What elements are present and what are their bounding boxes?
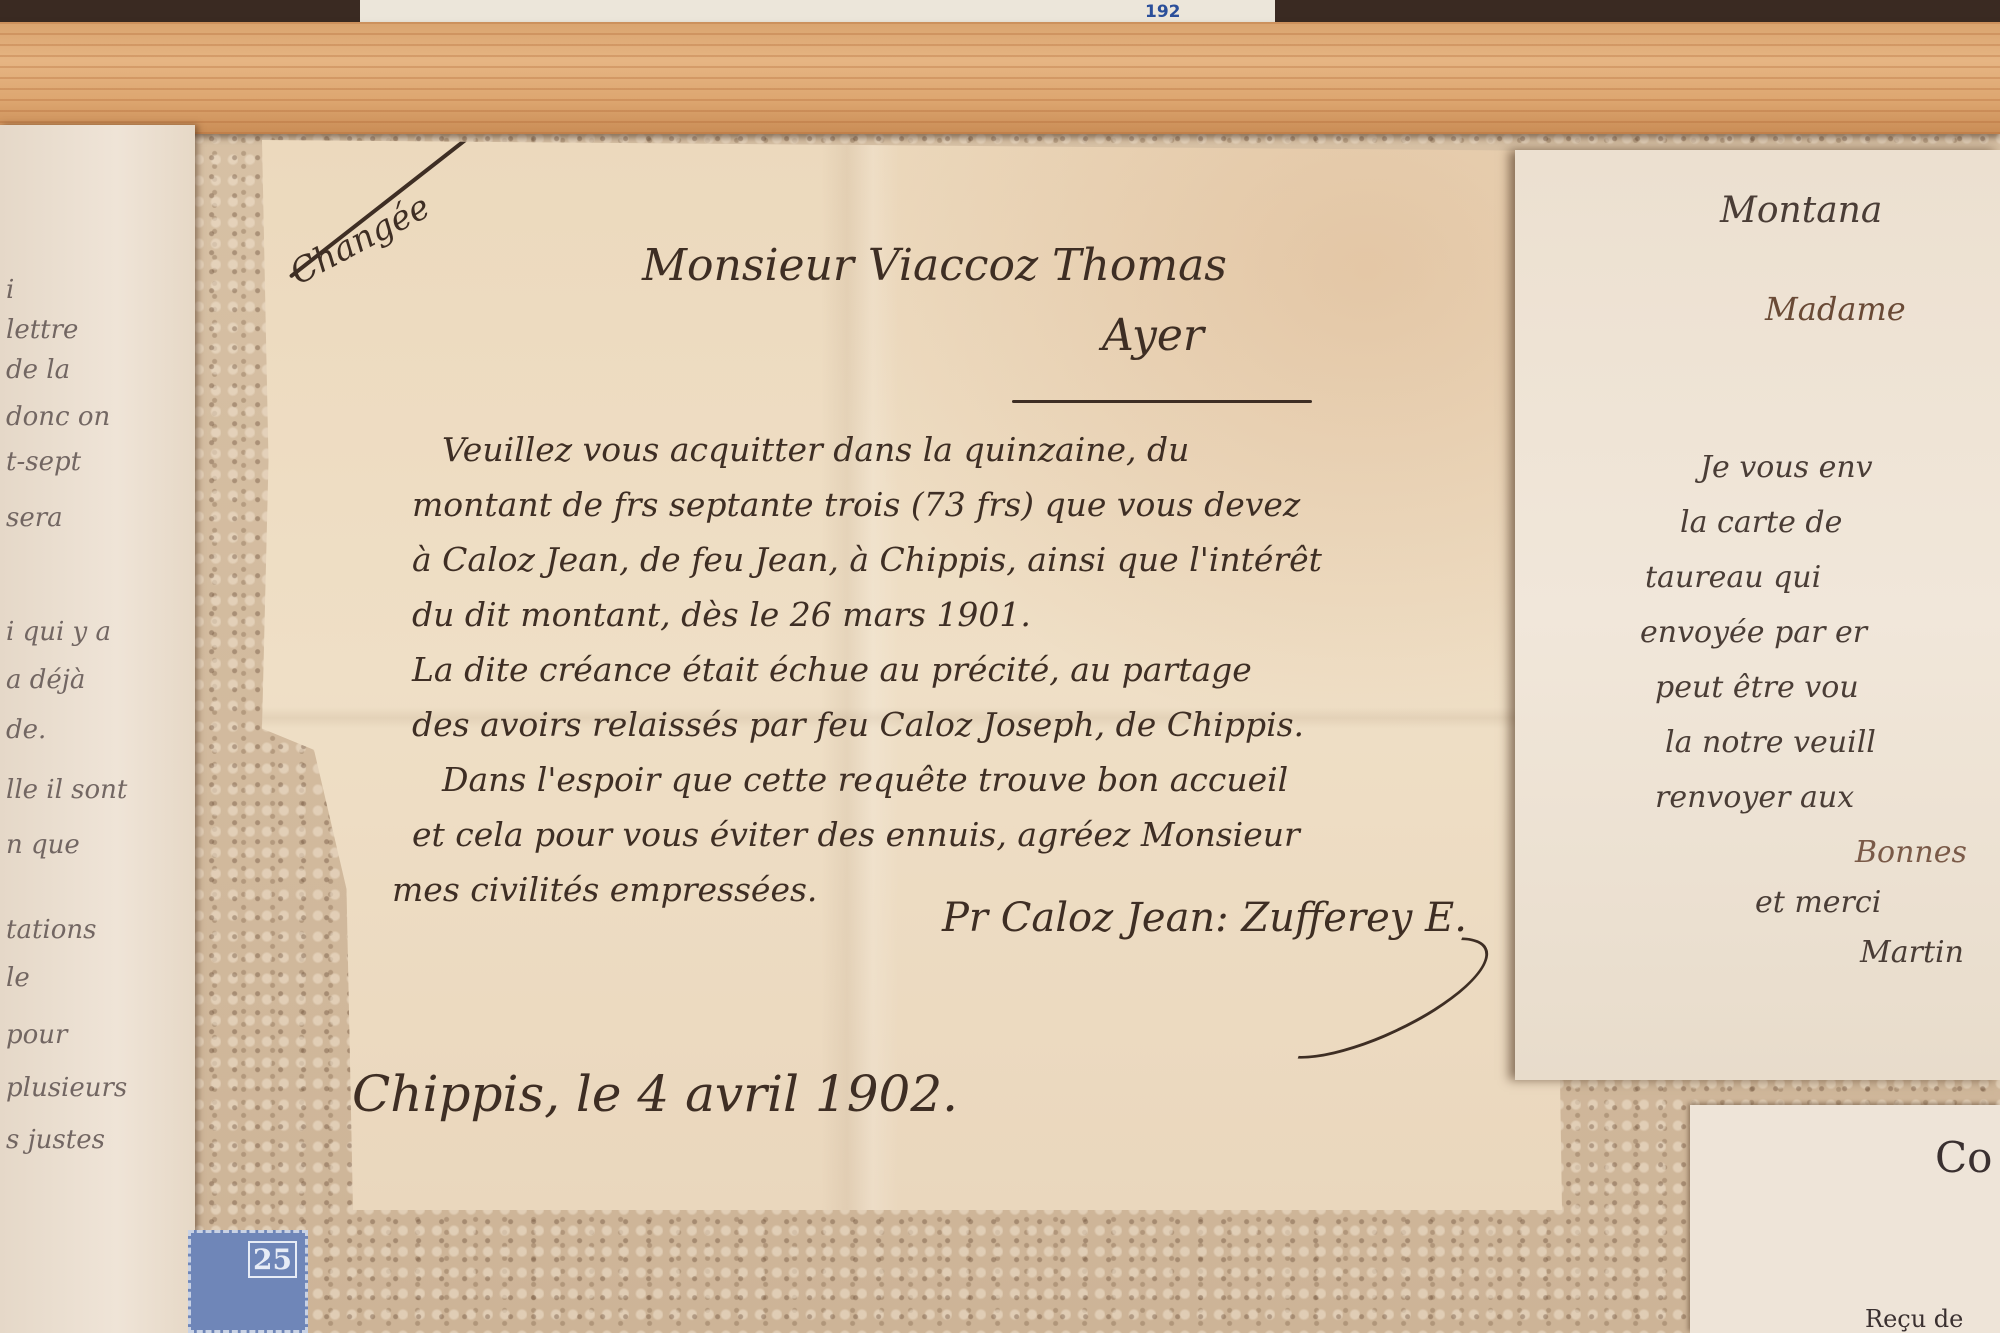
stamp-value: 25 — [248, 1241, 297, 1278]
left-letter-line: le — [6, 963, 30, 993]
body-line: montant de frs septante trois (73 frs) q… — [412, 485, 1300, 524]
right-letter-salutation: Madame — [1765, 290, 1906, 328]
body-line: Dans l'espoir que cette requête trouve b… — [442, 760, 1288, 799]
receipt-title: Co — [1935, 1133, 1992, 1182]
dateline: Chippis, le 4 avril 1902. — [352, 1065, 958, 1123]
addressee-place: Ayer — [1102, 310, 1204, 361]
background-strip: 192 — [0, 0, 2000, 24]
left-letter-line: a déjà — [6, 665, 85, 695]
top-document-number: 192 — [1145, 2, 1181, 22]
wooden-frame — [0, 22, 2000, 134]
body-line: et cela pour vous éviter des ennuis, agr… — [412, 815, 1300, 854]
left-letter-line: i qui y a — [6, 617, 111, 647]
main-letter: Changée Monsieur Viaccoz Thomas Ayer Veu… — [262, 140, 1562, 1210]
left-letter-line: lettre — [6, 315, 78, 345]
left-letter-line: de. — [6, 715, 46, 745]
right-letter-signature: Martin — [1860, 935, 1964, 970]
receipt-line: Reçu de — [1865, 1305, 1963, 1333]
right-letter-line: taureau qui — [1645, 560, 1821, 595]
right-letter-line: renvoyer aux — [1655, 780, 1854, 815]
body-line: à Caloz Jean, de feu Jean, à Chippis, ai… — [412, 540, 1322, 579]
body-line: Veuillez vous acquitter dans la quinzain… — [442, 430, 1189, 469]
top-document-edge: 192 — [360, 0, 1275, 24]
corner-note-stroke — [289, 134, 473, 279]
left-letter-line: plusieurs — [6, 1073, 127, 1103]
signature: Pr Caloz Jean: Zufferey E. — [942, 895, 1467, 941]
left-letter-line: donc on — [6, 402, 110, 432]
printed-receipt: Co Reçu de — [1690, 1105, 2000, 1333]
left-letter-line: sera — [6, 503, 63, 533]
body-line: La dite créance était échue au précité, … — [412, 650, 1252, 689]
left-letter-line: lle il sont — [6, 775, 127, 805]
left-letter-line: n que — [6, 830, 80, 860]
left-letter-line: pour — [6, 1020, 67, 1050]
right-letter-line: la carte de — [1680, 505, 1842, 540]
left-letter: i lettre de la donc on t-sept sera i qui… — [0, 125, 195, 1333]
left-letter-line: t-sept — [6, 447, 81, 477]
right-letter-line: Je vous env — [1700, 450, 1873, 485]
left-letter-line: tations — [6, 915, 96, 945]
corner-note: Changée — [284, 187, 437, 294]
right-letter-header: Montana — [1720, 190, 1882, 231]
body-line: du dit montant, dès le 26 mars 1901. — [412, 595, 1031, 634]
body-line: mes civilités empressées. — [392, 870, 817, 909]
left-letter-line: de la — [6, 355, 70, 385]
right-letter-line: envoyée par er — [1640, 615, 1867, 650]
place-underline — [1012, 400, 1312, 403]
right-letter-line: la notre veuill — [1665, 725, 1876, 760]
left-letter-line: i — [6, 275, 14, 305]
left-letter-line: s justes — [6, 1125, 105, 1155]
postage-stamp: 25 — [188, 1230, 308, 1333]
right-letter-line: et merci — [1755, 885, 1881, 920]
right-letter-closing: Bonnes — [1855, 835, 1967, 870]
addressee: Monsieur Viaccoz Thomas — [642, 240, 1227, 291]
right-letter-line: peut être vou — [1655, 670, 1859, 705]
body-line: des avoirs relaissés par feu Caloz Josep… — [412, 705, 1304, 744]
right-letter: Montana Madame Je vous env la carte de t… — [1515, 150, 2000, 1080]
